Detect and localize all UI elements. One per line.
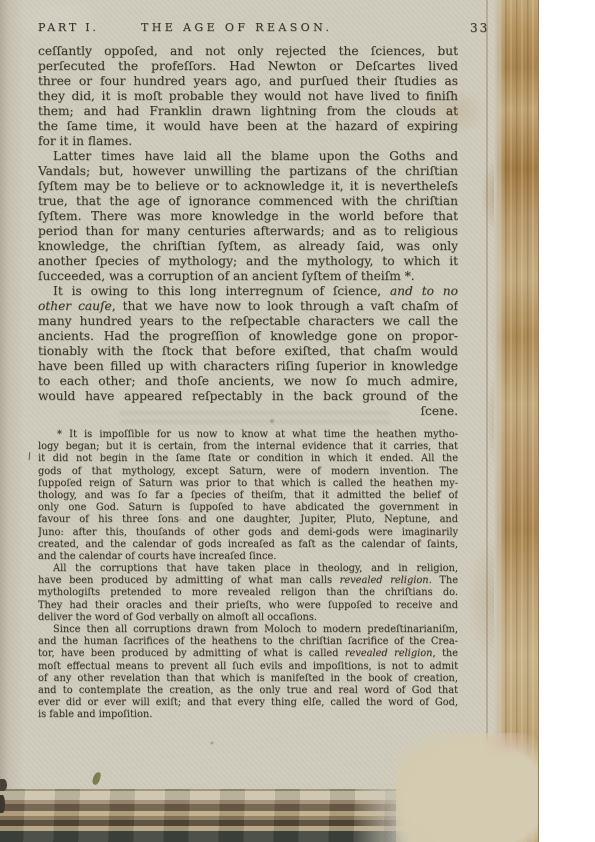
header-page-number: 33 <box>470 21 489 35</box>
text-line: gods of that mythology, except Saturn, w… <box>38 466 458 478</box>
text-line: and to contemplate the creation, as the … <box>38 685 458 697</box>
text-segment: tor, have been produced by admitting of … <box>38 648 345 659</box>
text-line: deliver the word of God verbally on almo… <box>38 612 458 624</box>
text-line: other cauſe, that we have now to look th… <box>38 299 458 314</box>
paragraph-interregnum: It is owing to this long interregnum of … <box>38 284 458 419</box>
text-line: ancients. Had the progreſſion of knowled… <box>38 329 458 344</box>
text-line: period than for many centuries afterward… <box>38 224 458 239</box>
text-line: tionably with the ſtock that before exiſ… <box>38 344 458 359</box>
text-line: true, that the age of ignorance commence… <box>38 194 458 209</box>
text-line: favour of his three ſons and one daughte… <box>38 514 458 526</box>
paragraph-latter-times: Latter times have laid all the blame upo… <box>38 149 458 284</box>
marginal-mark: / <box>27 452 32 462</box>
text-line: perſecuted the profeſſors. Had Newton or… <box>38 59 458 74</box>
italic-text: and to no <box>390 284 458 298</box>
text-line: it did not begin in the ſame ſtate or co… <box>38 453 458 465</box>
text-line: would have appeared reſpectably in the b… <box>38 389 458 404</box>
text-line: ever did or ever will exiſt; and that ev… <box>38 697 458 709</box>
text-line: Vandals; but, however unwilling the part… <box>38 164 458 179</box>
text-line: Since then all corruptions drawn from Mo… <box>38 624 458 636</box>
text-line: Latter times have laid all the blame upo… <box>38 149 458 164</box>
scanned-book-page: PART I. THE AGE OF REASON. 33 ceſſantly … <box>0 0 595 842</box>
header-part-label: PART I. <box>38 21 99 34</box>
header-running-title: THE AGE OF REASON. <box>141 21 332 34</box>
footnote-text: * It is impoſſible for us now to know at… <box>38 429 458 722</box>
text-line: have been filled up with characters riſi… <box>38 359 458 374</box>
text-line: is fable and impoſition. <box>38 709 458 721</box>
text-line: of any other revelation than that which … <box>38 673 458 685</box>
text-line: have been produced by admitting of what … <box>38 575 458 587</box>
text-segment: have been produced by admitting of what … <box>38 575 340 586</box>
text-line: Juno: after this, thouſands of other god… <box>38 527 458 539</box>
text-line: for it in flames. <box>38 134 458 149</box>
printed-content: PART I. THE AGE OF REASON. 33 ceſſantly … <box>0 0 538 842</box>
text-line: they did, it is moſt probable they would… <box>38 89 458 104</box>
body-text: ceſſantly oppoſed, and not only rejected… <box>38 44 458 419</box>
text-line: three or four hundred years ago, and pur… <box>38 74 458 89</box>
italic-text: revealed religion <box>340 575 429 586</box>
text-line: created, and the calendar of gods increa… <box>38 539 458 551</box>
text-line: ſucceeded, was a corruption of an ancien… <box>38 269 458 284</box>
text-line: thology, and was ſo far a ſpecies of the… <box>38 490 458 502</box>
footnote-paragraph-corruptions: All the corruptions that have taken plac… <box>38 563 458 624</box>
text-line: All the corruptions that have taken plac… <box>38 563 458 575</box>
footnote-paragraph-moloch: Since then all corruptions drawn from Mo… <box>38 624 458 722</box>
text-line: the ſame time, it would have been at the… <box>38 119 458 134</box>
text-line: only one God. Saturn is ſuppoſed to have… <box>38 502 458 514</box>
text-segment: . The <box>429 575 458 586</box>
text-segment: , that we have now to look through a vaſ… <box>112 299 458 313</box>
text-line: They had their oracles and their prieſts… <box>38 600 458 612</box>
italic-text: revealed religion <box>345 648 433 659</box>
footnote-paragraph-mythology: * It is impoſſible for us now to know at… <box>38 429 458 563</box>
text-line: many hundred years to the reſpectable ch… <box>38 314 458 329</box>
paragraph-continuation: ceſſantly oppoſed, and not only rejected… <box>38 44 458 149</box>
text-line: moſt effectual means to prevent all ſuch… <box>38 661 458 673</box>
text-line: ſyſtem. There was more knowledge in the … <box>38 209 458 224</box>
text-line: tor, have been produced by admitting of … <box>38 648 458 660</box>
text-line: and the human ſacrifices of the heathens… <box>38 636 458 648</box>
text-line: It is owing to this long interregnum of … <box>38 284 458 299</box>
text-line: ſcene. <box>38 404 458 419</box>
text-line: them; and had Franklin drawn lightning f… <box>38 104 458 119</box>
text-line: ceſſantly oppoſed, and not only rejected… <box>38 44 458 59</box>
text-line: another ſpecies of mythology; and the my… <box>38 254 458 269</box>
text-line: logy began; but it is certain, from the … <box>38 441 458 453</box>
text-line: and the calendar of courts have increaſe… <box>38 551 458 563</box>
text-line: mythologiſts pretended to more revealed … <box>38 587 458 599</box>
text-segment: , the <box>432 648 458 659</box>
text-line: to each other; and thoſe ancients, we no… <box>38 374 458 389</box>
text-line: ſuppoſed reign of Saturn was prior to th… <box>38 478 458 490</box>
text-line: ſyſtem may be to believe or to acknowled… <box>38 179 458 194</box>
text-segment: It is owing to this long interregnum of … <box>53 284 390 298</box>
text-line: knowledge, the chriſtian ſyſtem, as alre… <box>38 239 458 254</box>
italic-text: other cauſe <box>38 299 112 313</box>
text-line: * It is impoſſible for us now to know at… <box>38 429 458 441</box>
